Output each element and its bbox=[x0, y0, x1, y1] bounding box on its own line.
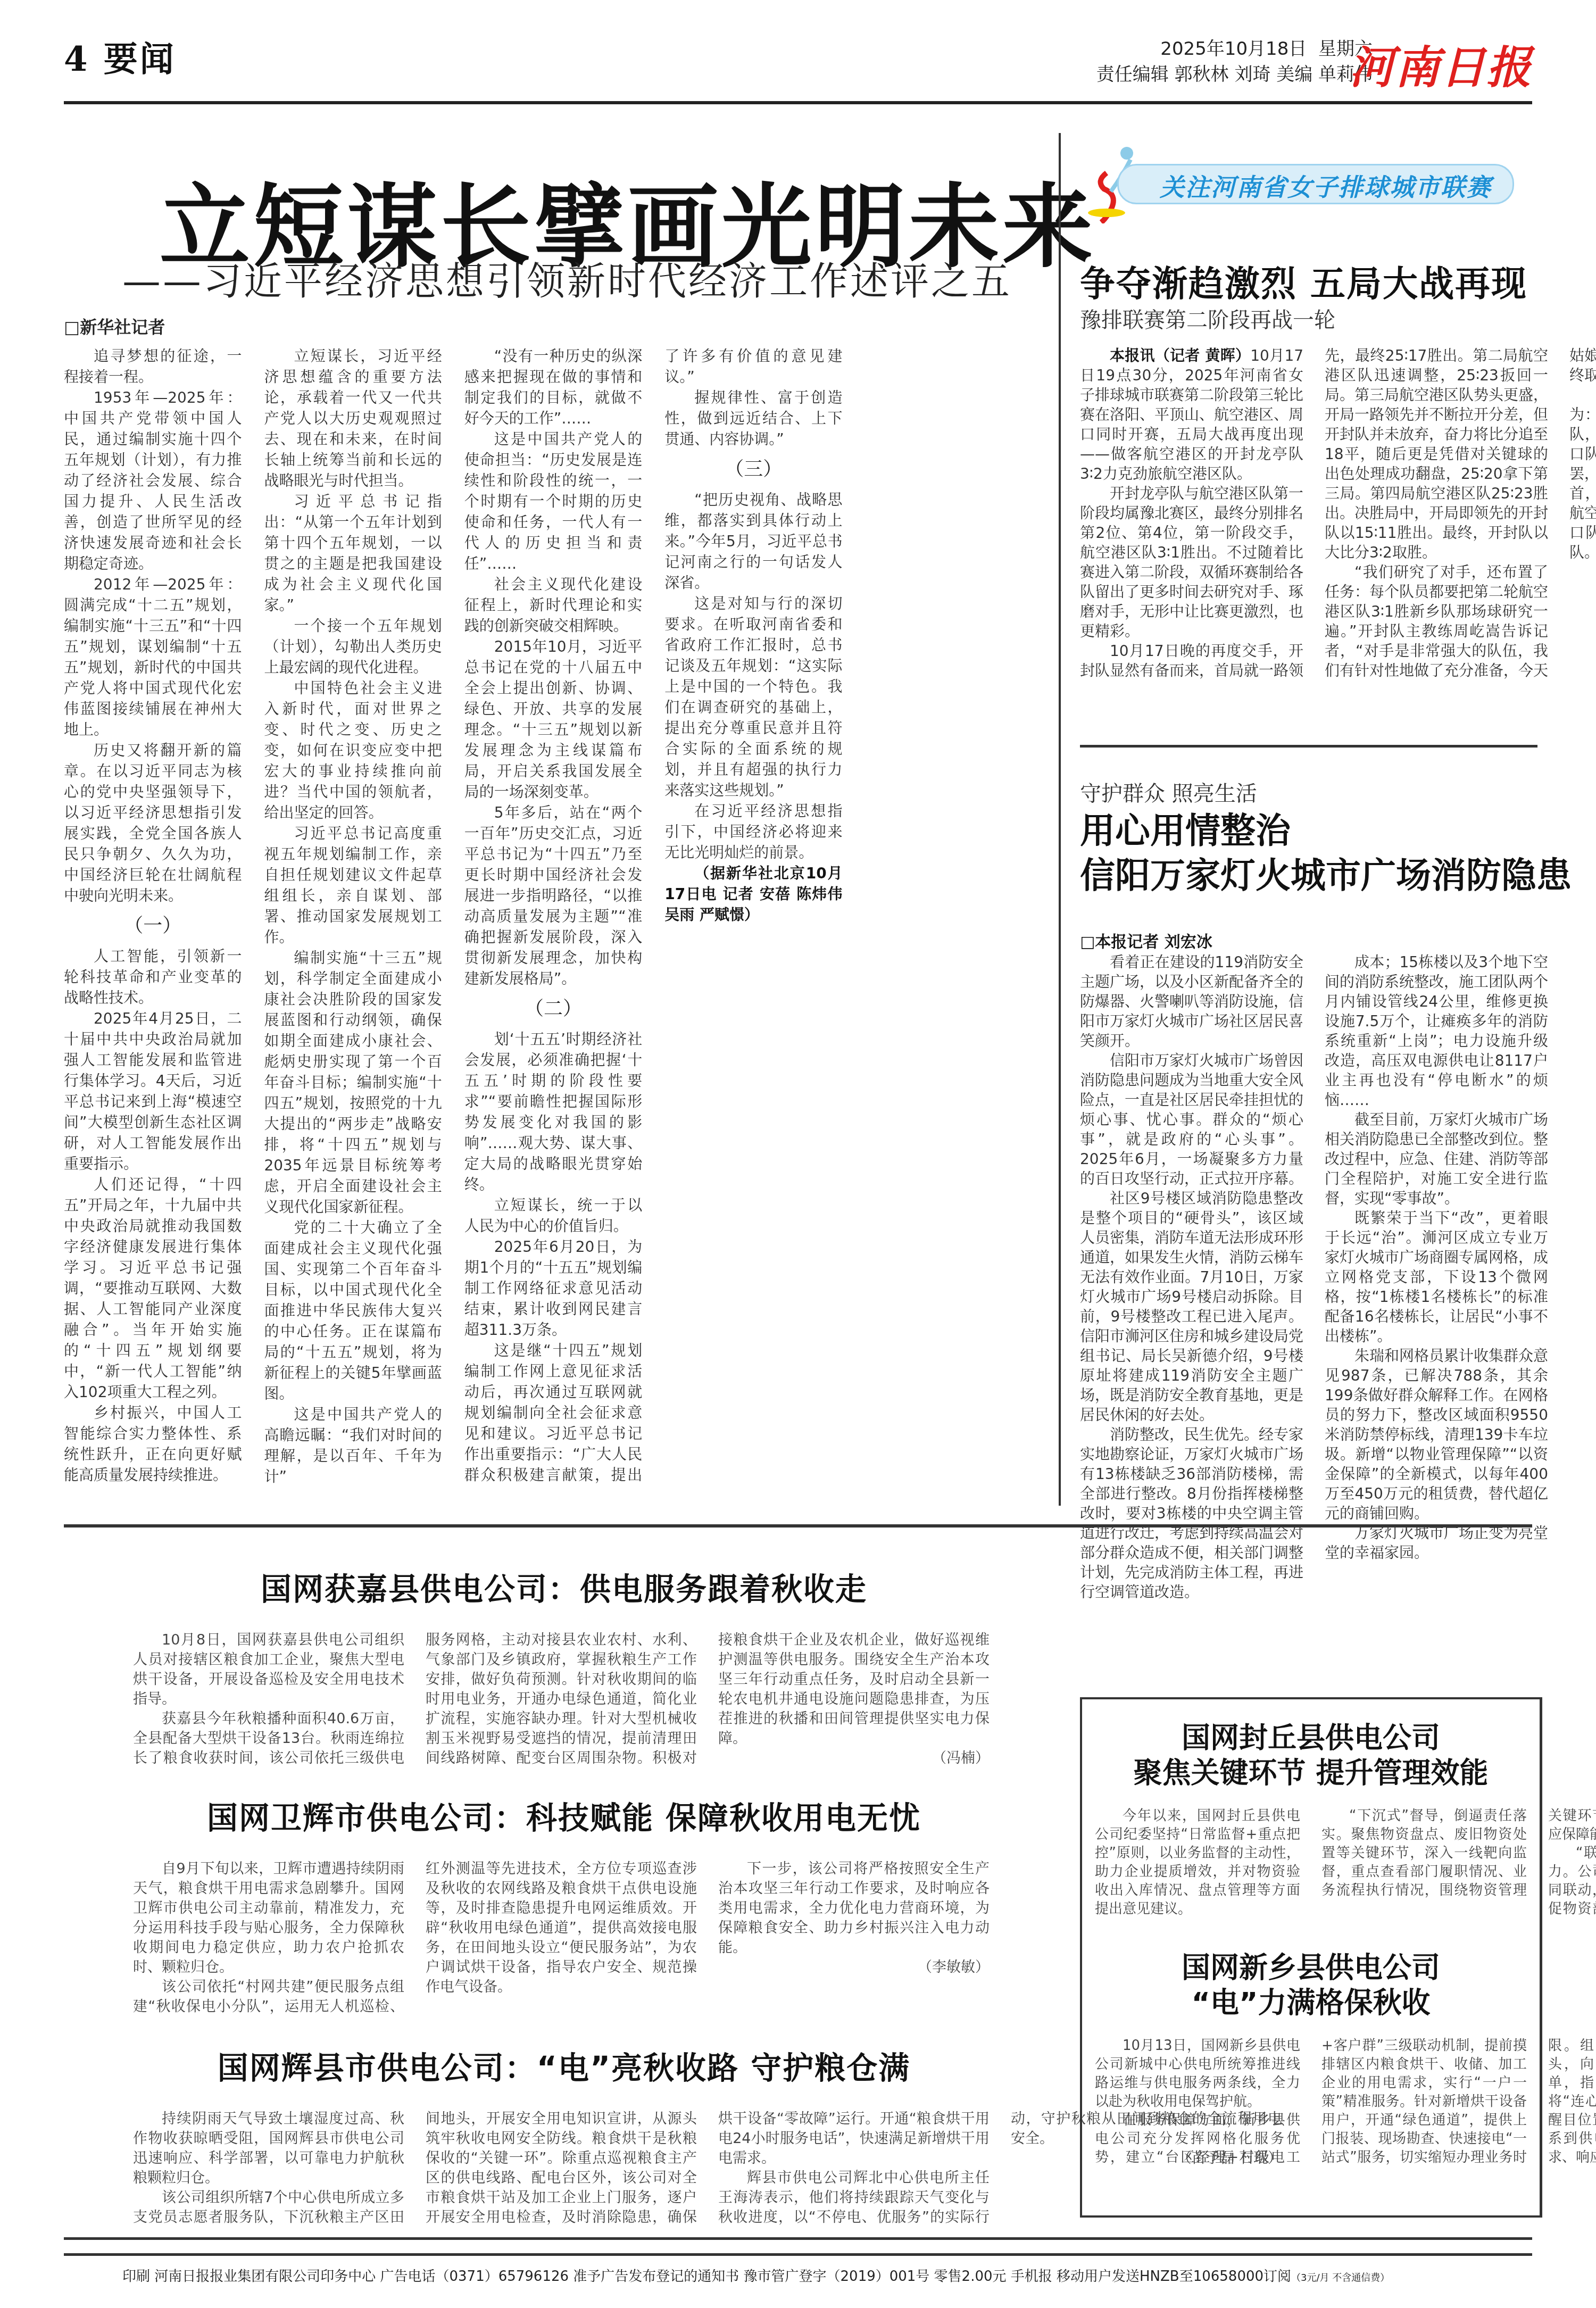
header-divider bbox=[64, 101, 1532, 104]
title-line: 聚焦关键环节 提升管理效能 bbox=[1082, 1756, 1540, 1791]
ad-signature: （李敏敏） bbox=[718, 1957, 990, 1977]
paragraph: 握规律性、富于创造性，做到远近结合、上下贯通、内容协调。” bbox=[664, 387, 842, 450]
paragraph: 立短谋长，统一于以人民为中心的价值旨归。 bbox=[464, 1195, 642, 1236]
paragraph: 今年以来，国网封丘县供电公司纪委坚持“日常监督+重点把控”原则，以业务监督的主动… bbox=[1095, 1807, 1300, 1919]
paragraph: 消防整改，民生优先。经专家实地勘察论证，万家灯火城市广场有13栋楼缺乏36部消防… bbox=[1080, 1425, 1303, 1602]
ad-body: 今年以来，国网封丘县供电公司纪委坚持“日常监督+重点把控”原则，以业务监督的主动… bbox=[1082, 1807, 1540, 1935]
paragraph: 信阳市万家灯火城市广场曾因消防隐患问题成为当地重大安全风险点，一直是社区居民牵挂… bbox=[1080, 1051, 1303, 1189]
paragraph: 万家灯火城市广场正变为亮堂堂的幸福家园。 bbox=[1325, 1523, 1548, 1563]
paragraph: 2025年6月20日，为期1个月的“十五五”规划编制工作网络征求意见活动结束，累… bbox=[464, 1236, 642, 1340]
paragraph: 中国特色社会主义进入新时代，面对世界之变、时代之变、历史之变，如何在识变应变中把… bbox=[264, 678, 442, 823]
title-line: 国网封丘县供电公司 bbox=[1082, 1721, 1540, 1756]
title-line: 国网新乡县供电公司 bbox=[1082, 1950, 1540, 1986]
paragraph: 既繁荣于当下“改”，更着眼于长远“治”。浉河区成立专业万家灯火城市广场商圈专属网… bbox=[1325, 1208, 1548, 1346]
paragraph: 社区9号楼区域消防隐患整改是整个项目的“硬骨头”，该区域人员密集，消防车道无法形… bbox=[1080, 1189, 1303, 1425]
imprint-text: 印刷 河南日报报业集团有限公司印务中心 广告电话（0371）65796126 准… bbox=[122, 2269, 1291, 2285]
headline-line: 信阳万家灯火城市广场消防隐患 bbox=[1080, 853, 1572, 898]
ad-title: 国网辉县市供电公司：“电”亮秋收路 守护粮仓满 bbox=[64, 2043, 1064, 2088]
volleyball-banner: 关注河南省女子排球城市联赛 bbox=[1080, 144, 1506, 207]
paragraph: 2015年10月，习近平总书记在党的十八届五中全会上提出创新、协调、绿色、开放、… bbox=[464, 636, 642, 802]
paragraph: 下一步，该公司将严格按照安全生产治本攻坚三年行动工作要求，及时响应各类用电需求，… bbox=[718, 1859, 990, 1957]
paragraph: 自9月下旬以来，卫辉市遭遇持续阴雨天气，粮食烘干用电需求急剧攀升。国网卫辉市供电… bbox=[133, 1859, 404, 1977]
ad-huixian: 国网辉县市供电公司：“电”亮秋收路 守护粮仓满 持续阴雨天气导致土壤湿度过高、秋… bbox=[64, 2043, 1064, 2231]
paragraph: 社会主义现代化建设征程上，新时代理论和实践的创新突破交相辉映。 bbox=[464, 574, 642, 636]
main-subheadline: ——习近平经济思想引领新时代经济工作述评之五 bbox=[122, 250, 1012, 305]
paragraph: 立短谋长，习近平经济思想蕴含的重要方法论，承载着一代又一代共产党人以大历史观观照… bbox=[264, 346, 442, 491]
paragraph: 习近平总书记高度重视五年规划编制工作，亲自担任规划建议文件起草组组长，亲自谋划、… bbox=[264, 823, 442, 948]
paragraph: 10月8日，国网获嘉县供电公司组织人员对接辖区粮食加工企业，聚焦大型电烘干设备，… bbox=[133, 1630, 404, 1709]
ad-body: 持续阴雨天气导致土壤湿度过高、秋作物收获晾晒受阻，国网辉县市供电公司迅速响应、科… bbox=[64, 2109, 1064, 2231]
paragraph: 持续阴雨天气导致土壤湿度过高、秋作物收获晾晒受阻，国网辉县市供电公司迅速响应、科… bbox=[133, 2109, 404, 2188]
masthead-meta: 2025年10月18日 星期六 责任编辑 郭秋林 刘琦 美编 单莉伟 bbox=[1096, 36, 1373, 87]
newspaper-logo: 河南日报 bbox=[1349, 32, 1532, 96]
paragraph: 在习近平经济思想指引下，中国经济必将迎来无比光明灿烂的前景。 bbox=[664, 801, 842, 863]
paragraph: 历史又将翻开新的篇章。在以习近平同志为核心的党中央坚强领导下，以习近平经济思想指… bbox=[64, 740, 242, 906]
headline-line: 用心用情整治 bbox=[1080, 809, 1572, 853]
paragraph: 看着正在建设的119消防安全主题广场，以及小区新配备齐全的防爆器、火警喇叭等消防… bbox=[1080, 952, 1303, 1051]
paragraph: 这是对知与行的深切要求。在听取河南省委和省政府工作汇报时，总书记谈及五年规划：“… bbox=[664, 593, 842, 801]
fire-safety-byline: □本报记者 刘宏冰 bbox=[1080, 928, 1212, 952]
paragraph: 习近平总书记指出：“从第一个五年计划到第十四个五年规划，一以贯之的主题是把我国建… bbox=[264, 491, 442, 616]
paragraph: 朱瑞和网格员累计收集群众意见987条，已解决788条，其余199条做好群众解释工… bbox=[1325, 1346, 1548, 1523]
column-divider bbox=[1059, 133, 1061, 1506]
paragraph: 人们还记得，“十四五”开局之年，十九届中共中央政治局就推动我国数字经济健康发展进… bbox=[64, 1174, 242, 1402]
paragraph: 5年多后，站在“两个一百年”历史交汇点，习近平总书记为“十四五”乃至更长时期中国… bbox=[464, 802, 642, 989]
section-marker-2: （二） bbox=[464, 999, 642, 1019]
ad-title: 国网新乡县供电公司“电”力满格保秋收 bbox=[1082, 1950, 1540, 2021]
ad-title: 国网获嘉县供电公司：供电服务跟着秋收走 bbox=[64, 1564, 1064, 1609]
page-number: 4 要闻 bbox=[64, 32, 176, 81]
paragraph: 本轮比赛其他三场的结果分别为：洛阳队3∶0胜商丘科迪花木兰队，平顶山队0∶3不敌… bbox=[1569, 385, 1596, 562]
main-article-body: 追寻梦想的征途，一程接着一程。 1953年—2025年：中国共产党带领中国人民，… bbox=[64, 346, 1043, 1506]
paragraph: 截至目前，万家灯火城市广场相关消防隐患已全部整改到位。整改过程中，应急、住建、消… bbox=[1325, 1110, 1548, 1208]
ad-weihui: 国网卫辉市供电公司：科技赋能 保障秋收用电无忧 自9月下旬以来，卫辉市遭遇持续阴… bbox=[64, 1793, 1064, 2019]
ad-body: 10月8日，国网获嘉县供电公司组织人员对接辖区粮食加工企业，聚焦大型电烘干设备，… bbox=[64, 1630, 1064, 1769]
issue-date: 2025年10月18日 bbox=[1160, 38, 1307, 60]
ad-signature: （冯楠） bbox=[718, 1748, 990, 1768]
ads-left-area: 国网获嘉县供电公司：供电服务跟着秋收走 10月8日，国网获嘉县供电公司组织人员对… bbox=[64, 1532, 1075, 2224]
title-line: “电”力满格保秋收 bbox=[1082, 1986, 1540, 2021]
paragraph: 这是中国共产党人的高瞻远瞩：“我们对时间的理解，是以百年、千年为计” bbox=[264, 1404, 442, 1487]
paragraph: 成本；15栋楼以及3个地下空间的消防系统整改，施工团队两个月内铺设管线24公里，… bbox=[1325, 952, 1548, 1110]
fire-safety-headline: 用心用情整治 信阳万家灯火城市广场消防隐患 bbox=[1080, 809, 1572, 898]
ad-fengqiu: 国网封丘县供电公司聚焦关键环节 提升管理效能 今年以来，国网封丘县供电公司纪委坚… bbox=[1082, 1699, 1540, 1935]
ad-title: 国网卫辉市供电公司：科技赋能 保障秋收用电无忧 bbox=[64, 1793, 1064, 1838]
right-rail-divider bbox=[1080, 745, 1537, 748]
paragraph: 开封龙亭队与航空港区队第一阶段均属豫北赛区，最终分别排名第2位、第4位，第一阶段… bbox=[1080, 484, 1303, 641]
page-number-value: 4 bbox=[64, 39, 90, 79]
paragraph: 一个接一个五年规划（计划），勾勒出人类历史上最宏阔的现代化进程。 bbox=[264, 616, 442, 678]
section-name: 要闻 bbox=[104, 39, 176, 79]
paragraph: 1953年—2025年：中国共产党带领中国人民，通过编制实施十四个五年规划（计划… bbox=[64, 387, 242, 574]
fire-safety-article-body: 看着正在建设的119消防安全主题广场，以及小区新配备齐全的防爆器、火警喇叭等消防… bbox=[1080, 952, 1548, 1639]
paragraph: 2025年4月25日，二十届中共中央政治局就加强人工智能发展和监管进行集体学习。… bbox=[64, 1008, 242, 1174]
article-dateline: （据新华社北京10月17日电 记者 安蓓 陈炜伟 吴雨 严赋憬） bbox=[664, 863, 842, 925]
ad-title: 国网封丘县供电公司聚焦关键环节 提升管理效能 bbox=[1082, 1721, 1540, 1791]
paragraph: 划‘十五五’时期经济社会发展，必须准确把握‘十五五’时期的阶段性要求”“要前瞻性… bbox=[464, 1029, 642, 1195]
volleyball-subheadline: 豫排联赛第二阶段再战一轮 bbox=[1080, 303, 1335, 334]
paragraph: 2012年—2025年：圆满完成“十二五”规划，编制实施“十三五”和“十四五”规… bbox=[64, 574, 242, 740]
ad-body: 自9月下旬以来，卫辉市遭遇持续阴雨天气，粮食烘干用电需求急剧攀升。国网卫辉市供电… bbox=[64, 1859, 1064, 2019]
main-byline: □新华社记者 bbox=[64, 314, 165, 338]
footer-rule-top bbox=[64, 2237, 1532, 2240]
banner-text: 关注河南省女子排球城市联赛 bbox=[1160, 168, 1492, 203]
imprint-note: （3元/月 不含通信费） bbox=[1291, 2272, 1390, 2284]
section-marker-3: （三） bbox=[664, 459, 842, 480]
paragraph: 人工智能，引领新一轮科技革命和产业变革的战略性技术。 bbox=[64, 946, 242, 1008]
ad-xinxiang: 国网新乡县供电公司“电”力满格保秋收 10月13日，国网新乡县供电公司新城中心供… bbox=[1082, 1935, 1540, 2170]
paragraph: “把历史视角、战略思维，都落实到具体行动上来。”今年5月，习近平总书记河南之行的… bbox=[664, 489, 842, 593]
paragraph: 10月13日，国网新乡县供电公司新城中心供电所统筹推进线路运维与供电服务两条线，… bbox=[1095, 2037, 1300, 2111]
paragraph: 追寻梦想的征途，一程接着一程。 bbox=[64, 346, 242, 387]
footer-rule-bottom bbox=[64, 2253, 1532, 2256]
ad-huojia: 国网获嘉县供电公司：供电服务跟着秋收走 10月8日，国网获嘉县供电公司组织人员对… bbox=[64, 1564, 1064, 1769]
ad-body: 10月13日，国网新乡县供电公司新城中心供电所统筹推进线路运维与供电服务两条线，… bbox=[1082, 2037, 1540, 2170]
section-marker-1: （一） bbox=[64, 916, 242, 936]
imprint-footer: 印刷 河南日报报业集团有限公司印务中心 广告电话（0371）65796126 准… bbox=[122, 2265, 1390, 2285]
paragraph: 编制实施“十三五”规划，科学制定全面建成小康社会决胜阶段的国家发展蓝图和行动纲领… bbox=[264, 948, 442, 1217]
editors-line: 责任编辑 郭秋林 刘琦 美编 单莉伟 bbox=[1096, 62, 1373, 87]
paragraph: 党的二十大确立了全面建成社会主义现代化强国、实现第二个百年奋斗目标，以中国式现代… bbox=[264, 1217, 442, 1404]
paragraph: 这是中国共产党人的使命担当：“历史发展是连续性和阶段性的统一，一个时期有一个时期… bbox=[464, 429, 642, 574]
paragraph: 10月17日19点30分，2025年河南省女子排球城市联赛第二阶段第三轮比赛在洛… bbox=[1080, 347, 1303, 483]
paragraph: “没有一种历史的纵深感来把握现在做的事情和制定我们的目标，就做不好今天的工作”…… bbox=[464, 346, 642, 429]
volleyball-article-body: 本报讯（记者 黄晖）10月17日19点30分，2025年河南省女子排球城市联赛第… bbox=[1080, 346, 1548, 692]
article-lead: 本报讯（记者 黄晖） bbox=[1110, 347, 1250, 364]
fire-safety-kicker: 守护群众 照亮生活 bbox=[1080, 777, 1257, 807]
paragraph: 乡村振兴，中国人工智能综合实力整体性、系统性跃升，正在向更好赋能高质量发展持续推… bbox=[64, 1402, 242, 1485]
ads-divider bbox=[64, 1524, 1532, 1527]
ads-right-box: 国网封丘县供电公司聚焦关键环节 提升管理效能 今年以来，国网封丘县供电公司纪委坚… bbox=[1080, 1697, 1542, 2218]
volleyball-headline: 争夺渐趋激烈 五局大战再现 bbox=[1080, 255, 1527, 306]
